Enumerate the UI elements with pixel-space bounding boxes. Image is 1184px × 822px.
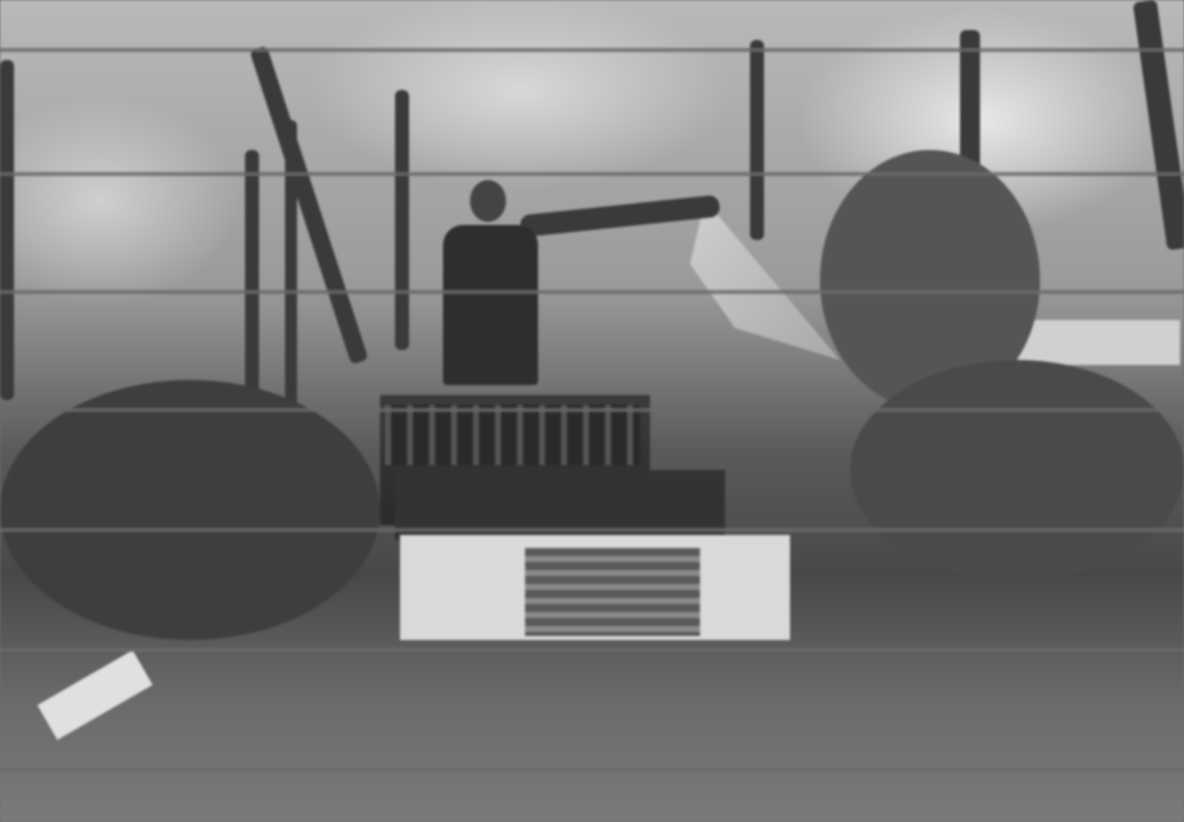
scan-line <box>0 172 1184 176</box>
flag <box>690 200 840 360</box>
bushes <box>850 360 1184 580</box>
memorial-plaque <box>525 548 700 636</box>
tree-trunk <box>395 90 409 350</box>
scan-line <box>0 290 1184 294</box>
scan-line <box>0 48 1184 52</box>
scan-line <box>0 528 1184 532</box>
memorial-photo <box>0 0 1184 822</box>
scan-line <box>0 768 1184 772</box>
scan-line <box>0 408 1184 412</box>
tree-trunk <box>0 60 14 400</box>
tree-trunk <box>1133 0 1184 250</box>
bushes <box>0 380 380 640</box>
tree-trunk <box>249 45 368 364</box>
tree-trunk <box>285 120 297 410</box>
tree-trunk <box>245 150 259 410</box>
pedestal-texture <box>385 405 640 465</box>
soldier-statue <box>443 225 538 385</box>
statue-head <box>470 180 506 222</box>
scan-line <box>0 648 1184 652</box>
tree-trunk <box>750 40 764 240</box>
statue-arm <box>519 195 720 238</box>
